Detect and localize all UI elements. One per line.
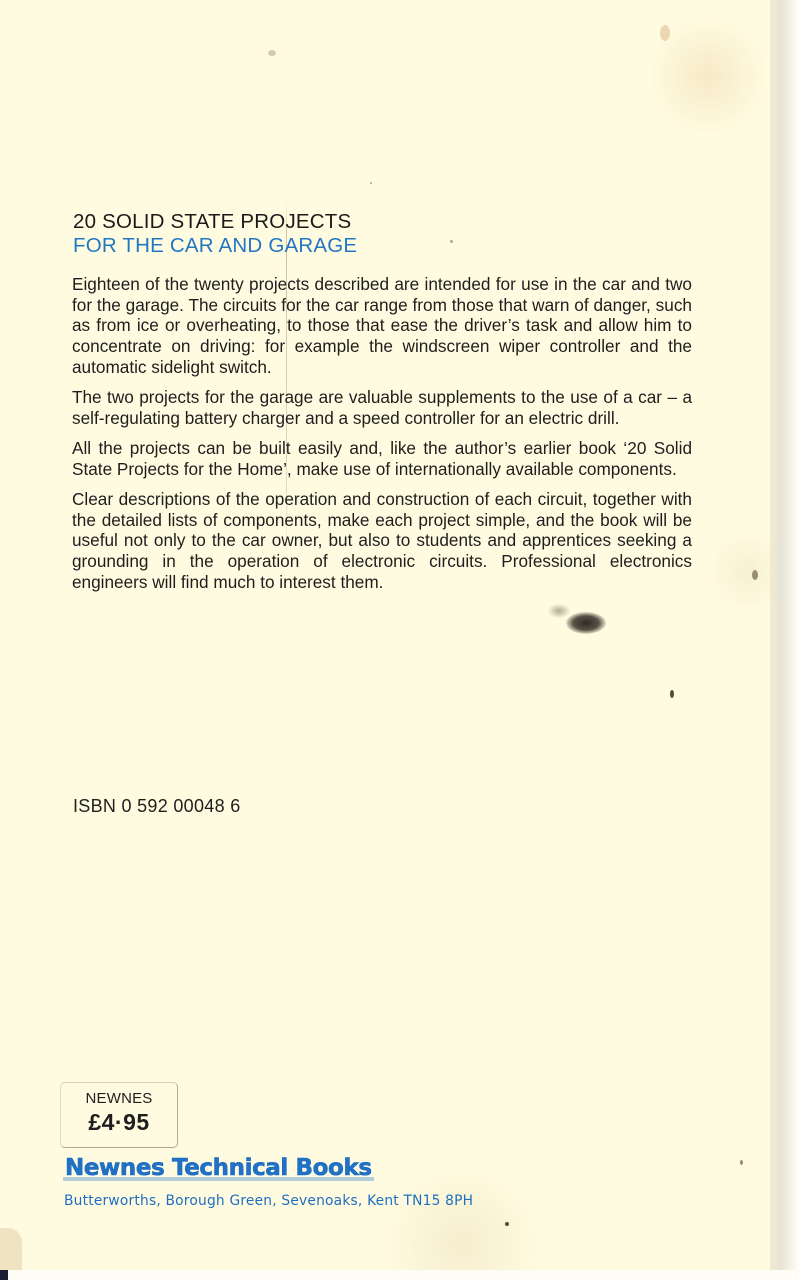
price-value: £4·95: [61, 1109, 177, 1136]
blurb: Eighteen of the twenty projects describe…: [72, 274, 692, 602]
blurb-paragraph: Clear descriptions of the operation and …: [72, 489, 692, 593]
price-sticker: NEWNES £4·95: [60, 1082, 178, 1148]
dust-speck: [450, 240, 453, 243]
publisher-imprint-logo: Newnes Technical Books: [63, 1155, 374, 1181]
dust-speck: [740, 1160, 743, 1165]
blurb-paragraph: The two projects for the garage are valu…: [72, 387, 692, 428]
book-spine-edge: [770, 0, 799, 1280]
book-title: 20 SOLID STATE PROJECTS FOR THE CAR AND …: [73, 210, 357, 258]
book-back-cover: 20 SOLID STATE PROJECTS FOR THE CAR AND …: [0, 0, 770, 1272]
isbn: ISBN 0 592 00048 6: [73, 796, 241, 817]
blurb-paragraph: All the projects can be built easily and…: [72, 438, 692, 479]
worn-corner: [0, 1228, 22, 1270]
dust-speck: [670, 690, 674, 698]
ink-stain: [548, 604, 570, 618]
dust-speck: [752, 570, 758, 580]
title-line-subtitle: FOR THE CAR AND GARAGE: [73, 234, 357, 258]
price-publisher: NEWNES: [61, 1090, 177, 1107]
dust-speck: [660, 25, 670, 41]
dust-speck: [370, 182, 372, 184]
page-edge-bottom: [0, 1270, 799, 1280]
ink-stain: [566, 612, 606, 634]
dust-speck: [505, 1222, 509, 1226]
title-line-main: 20 SOLID STATE PROJECTS: [73, 210, 357, 234]
binding-edge: [0, 1270, 8, 1280]
dust-speck: [268, 50, 276, 56]
blurb-paragraph: Eighteen of the twenty projects describe…: [72, 274, 692, 378]
publisher-address: Butterworths, Borough Green, Sevenoaks, …: [64, 1193, 473, 1209]
